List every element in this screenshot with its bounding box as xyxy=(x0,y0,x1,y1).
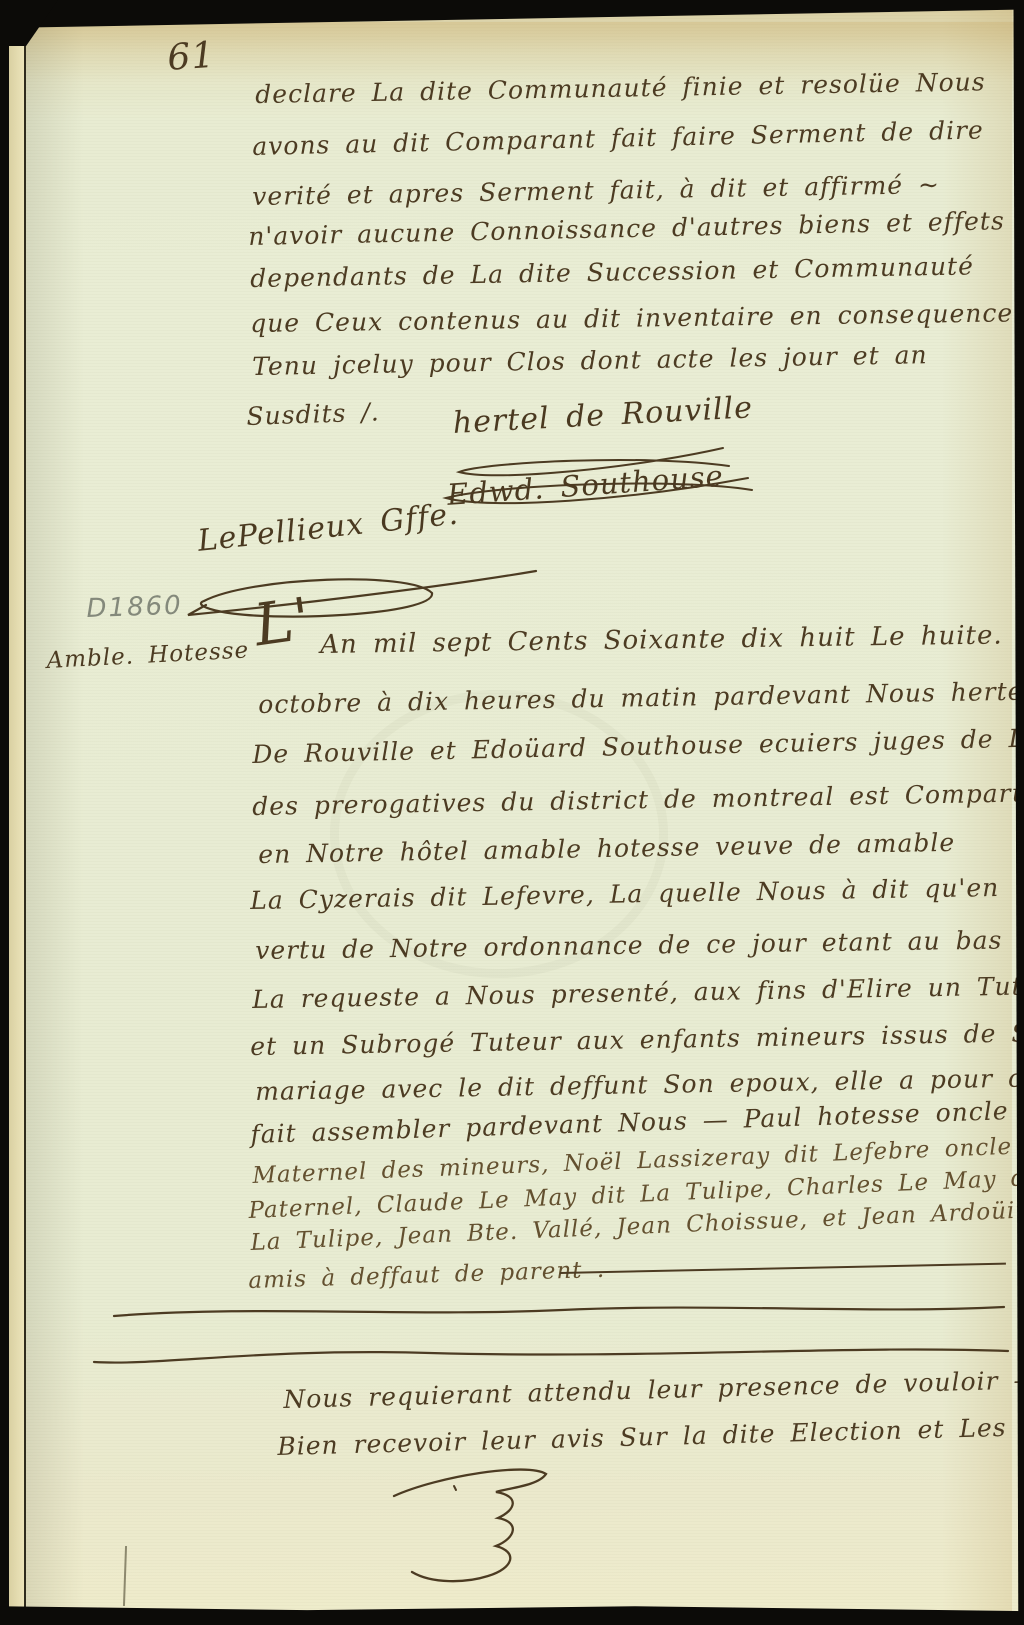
paraph-flourish xyxy=(388,1452,558,1592)
divider-rule-2 xyxy=(90,1340,1012,1368)
act-initial: L' xyxy=(250,584,315,659)
previous-page-edge xyxy=(9,22,26,1607)
page-number: 61 xyxy=(166,35,217,79)
binding-edge-left xyxy=(0,0,9,1625)
binding-shadow xyxy=(24,0,84,1625)
manuscript-scan: 61 declare La dite Communauté finie et r… xyxy=(0,0,1024,1625)
divider-rule-1 xyxy=(112,1300,1008,1322)
signature-flourish xyxy=(180,555,550,635)
manuscript-line: Susdits /. xyxy=(246,397,380,431)
margin-pencil-ref: D1860 xyxy=(86,591,183,624)
